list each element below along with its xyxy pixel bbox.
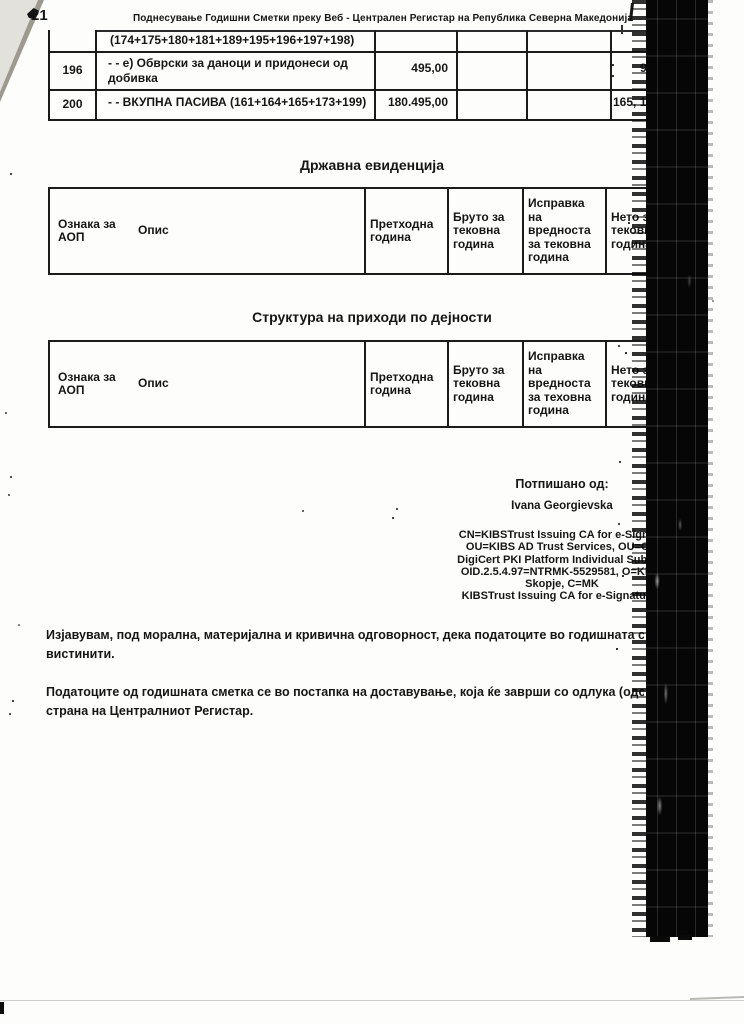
table-border	[95, 30, 680, 32]
table-border	[447, 342, 449, 426]
table-border	[364, 189, 366, 273]
value-adjustment-header-cell: Исправка на вредноста за теховна година	[528, 342, 600, 426]
state-records-table: Ознака за АОП Опис Претходна година Брут…	[48, 187, 682, 275]
paragraph-line: вистинити.	[46, 645, 644, 664]
table-border	[605, 342, 607, 426]
liabilities-table: (174+175+180+181+189+195+196+197+198) 19…	[48, 30, 682, 121]
scan-edge-mark	[0, 1002, 4, 1014]
table-border	[522, 342, 524, 426]
scanner-strip-bump	[650, 936, 670, 942]
scanned-document-page: 21 Поднесување Годишни Сметки преку Веб …	[0, 0, 744, 1024]
page-number: 21	[31, 7, 48, 24]
aop-code-cell: 196	[50, 51, 95, 89]
scanner-black-strip	[646, 0, 708, 937]
scan-tick-mark	[621, 25, 623, 34]
gross-current-year-header-cell: Бруто за тековна година	[453, 189, 515, 273]
description-header-label: Опис	[138, 377, 169, 391]
value-adjustment-header-cell: Исправка на вредноста за тековна година	[528, 189, 600, 273]
gross-current-year-header-cell: Бруто за тековна година	[453, 342, 515, 426]
table-border	[522, 189, 524, 273]
aop-description-header-cell: Ознака за АОП Опис	[58, 342, 358, 426]
table-border	[605, 189, 607, 273]
income-structure-table: Ознака за АОП Опис Претходна година Брут…	[48, 340, 682, 428]
description-cell: - - е) Обврски за даноци и придонеси од …	[108, 56, 376, 86]
previous-year-value-cell: 180.495,00	[374, 95, 448, 110]
table-border	[526, 30, 528, 119]
formula-continuation-cell: (174+175+180+181+189+195+196+197+198)	[110, 33, 390, 48]
table-border	[364, 342, 366, 426]
scanner-strip-bump	[678, 935, 692, 940]
paragraph-line: страна на Централниот Регистар.	[46, 702, 644, 721]
paragraph-line: Податоците од годишната сметка се во пос…	[46, 683, 644, 702]
table-border	[447, 189, 449, 273]
aop-description-header-cell: Ознака за АОП Опис	[58, 189, 358, 273]
table-border	[50, 51, 680, 53]
table-border	[456, 30, 458, 119]
aop-code-cell: 200	[50, 89, 95, 119]
table-border	[50, 89, 680, 91]
aop-header-label: Ознака за АОП	[58, 371, 124, 398]
previous-year-value-cell: 495,00	[374, 61, 448, 76]
aop-header-label: Ознака за АОП	[58, 218, 124, 245]
table-border	[95, 30, 97, 119]
scan-bottom-line	[0, 1000, 744, 1001]
declaration-paragraph-2: Податоците од годишната сметка се во пос…	[46, 683, 644, 721]
table-border	[610, 30, 612, 119]
scan-speckles	[0, 0, 2, 2]
scanner-strip-fray-left	[632, 0, 646, 937]
declaration-paragraph-1: Изјавувам, под морална, материјална и кр…	[46, 626, 644, 664]
scanner-strip-fray-right	[708, 0, 713, 937]
previous-year-header-cell: Претходна година	[370, 342, 442, 426]
paragraph-line: Изјавувам, под морална, материјална и кр…	[46, 626, 644, 645]
description-cell: - - ВКУПНА ПАСИВА (161+164+165+173+199)	[108, 95, 398, 110]
description-header-label: Опис	[138, 224, 169, 238]
previous-year-header-cell: Претходна година	[370, 189, 442, 273]
